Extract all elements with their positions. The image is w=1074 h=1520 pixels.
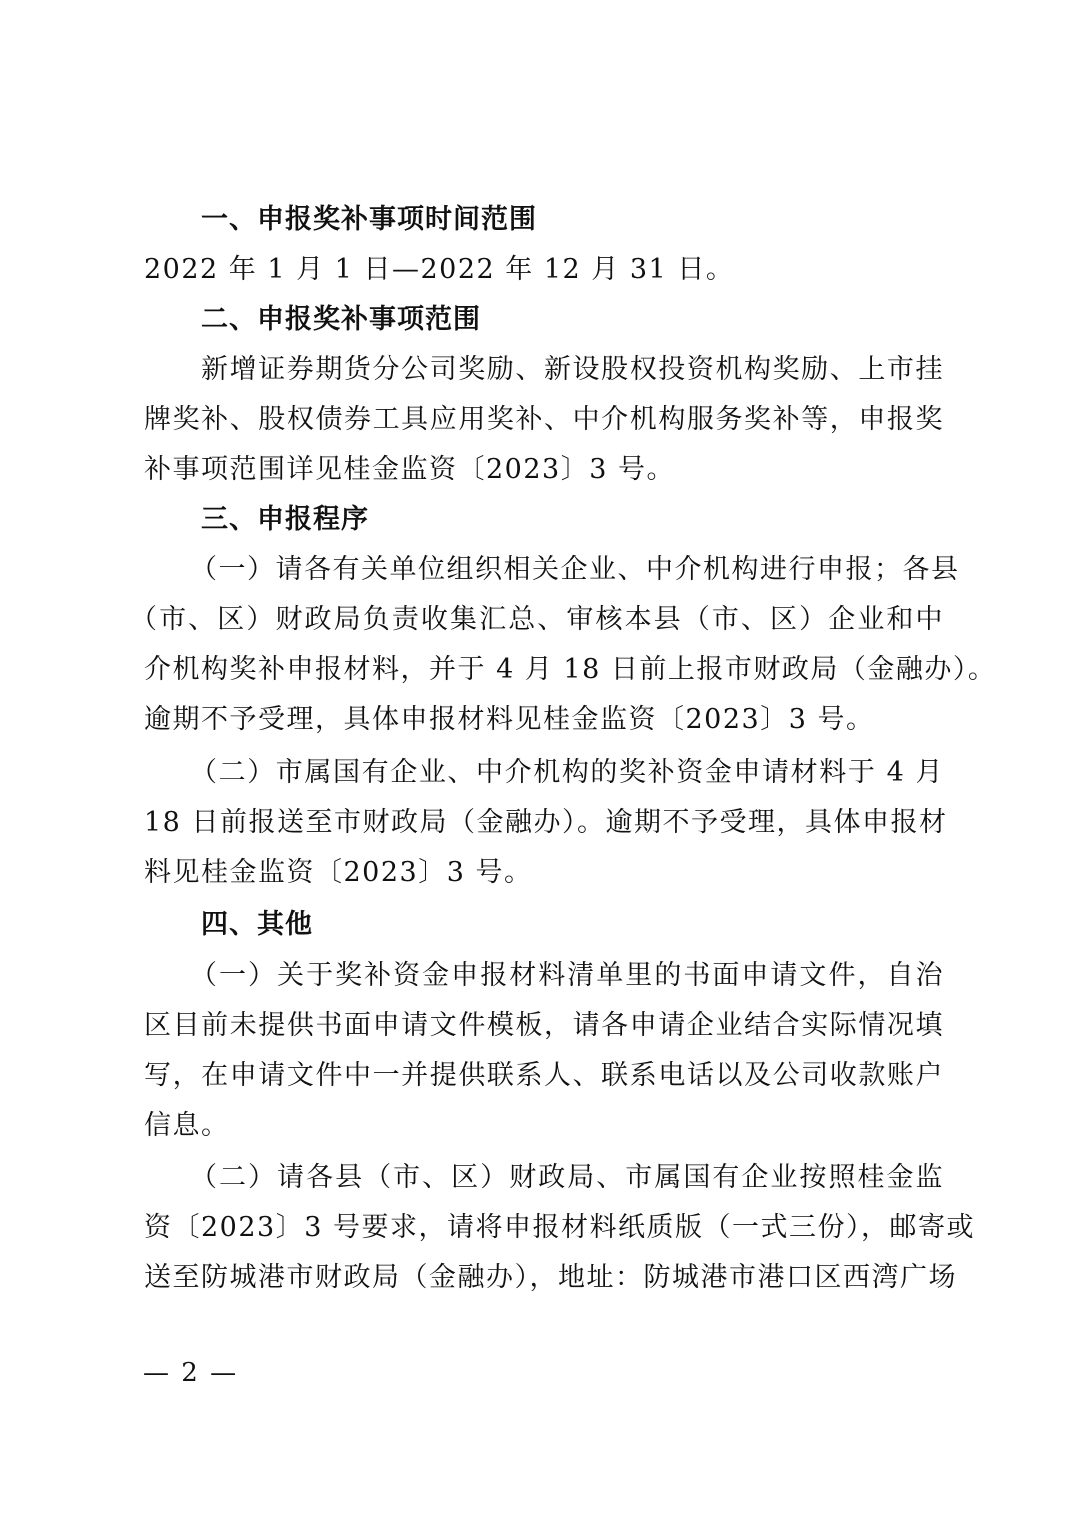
- paragraph-line: 料见桂金监资〔2023〕3 号。: [144, 855, 944, 891]
- paragraph-line: 信息。: [144, 1108, 944, 1144]
- section-heading-1: 一、申报奖补事项时间范围: [201, 202, 1001, 238]
- paragraph-line: 2022 年 1 月 1 日—2022 年 12 月 31 日。: [144, 252, 944, 288]
- paragraph-line: 区目前未提供书面申请文件模板，请各申请企业结合实际情况填: [144, 1008, 944, 1044]
- paragraph-line: （一）请各有关单位组织相关企业、中介机构进行申报；各县: [190, 552, 944, 588]
- paragraph-line: （二）市属国有企业、中介机构的奖补资金申请材料于 4 月: [190, 755, 944, 791]
- section-heading-2: 二、申报奖补事项范围: [201, 302, 1001, 338]
- paragraph-line: （市、区）财政局负责收集汇总、审核本县（市、区）企业和中: [130, 602, 944, 638]
- paragraph-line: 送至防城港市财政局（金融办），地址：防城港市港口区西湾广场: [144, 1260, 944, 1296]
- page-number: — 2 —: [143, 1358, 238, 1388]
- paragraph-line: 新增证券期货分公司奖励、新设股权投资机构奖励、上市挂: [201, 352, 944, 388]
- paragraph-line: 逾期不予受理，具体申报材料见桂金监资〔2023〕3 号。: [144, 702, 944, 738]
- paragraph-line: 18 日前报送至市财政局（金融办）。逾期不予受理，具体申报材: [144, 805, 944, 841]
- paragraph-line: （一）关于奖补资金申报材料清单里的书面申请文件，自治: [190, 958, 944, 994]
- paragraph-line: 补事项范围详见桂金监资〔2023〕3 号。: [144, 452, 944, 488]
- paragraph-line: 写，在申请文件中一并提供联系人、联系电话以及公司收款账户: [144, 1058, 944, 1094]
- section-heading-3: 三、申报程序: [201, 502, 1001, 538]
- paragraph-line: 介机构奖补申报材料，并于 4 月 18 日前上报市财政局（金融办）。: [144, 652, 944, 688]
- paragraph-line: 牌奖补、股权债券工具应用奖补、中介机构服务奖补等，申报奖: [144, 402, 944, 438]
- paragraph-line: 资〔2023〕3 号要求，请将申报材料纸质版（一式三份），邮寄或: [144, 1210, 944, 1246]
- section-heading-4: 四、其他: [201, 907, 1001, 943]
- paragraph-line: （二）请各县（市、区）财政局、市属国有企业按照桂金监: [190, 1160, 944, 1196]
